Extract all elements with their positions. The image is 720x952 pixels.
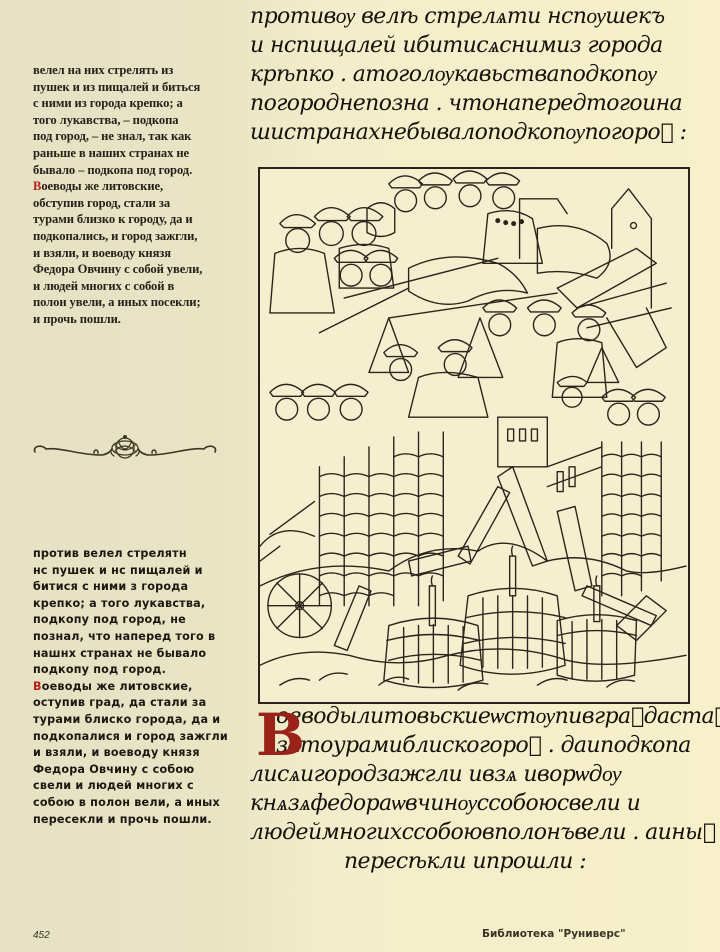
text-line: бывало – подкопа под город. [33,162,243,179]
text-line: познал, что наперед того в [33,629,243,646]
text-line: с ними из города крепко; а [33,95,243,112]
text-line: подкопу под город, не [33,612,243,629]
text-line: турами близко к городу, да и [33,211,243,228]
page-number: 452 [33,930,50,941]
text-line: пересекли и прочь пошли. [33,812,243,829]
text-line: и взяли, и воеводу князя [33,245,243,262]
text-line: раньше в наших странах не [33,145,243,162]
text-line: подкопалися и город зажгли [33,729,243,746]
text-line: собою в полон вели, а иных [33,795,243,812]
text-line: и людей многих с собой в [33,278,243,295]
manuscript-line: шистранахнебывалоподкопѹпогороⷣ : [250,118,720,147]
decorative-flourish-icon [30,430,220,460]
text-line: турами блиско города, да и [33,712,243,729]
text-line: оступив град, да стали за [33,695,243,712]
manuscript-line: и нспищалей ибитисѧснимиз города [250,31,720,60]
manuscript-line: пересѣкли ипрошли : [250,847,720,876]
text-line: и прочь пошли. [33,311,243,328]
text-line: того лукавства, – подкопа [33,112,243,129]
library-credit: Библиотека "Руниверс" [482,928,626,940]
text-line: крепко; а того лукавства, [33,596,243,613]
siege-illustration-icon [258,167,690,704]
text-line: подкопу под город. [33,662,243,679]
red-initial: В [33,680,42,693]
text-line: Федора Овчину с собой увели, [33,261,243,278]
text-line: и взяли, и воеводу князя [33,745,243,762]
manuscript-line: оеводылитовьскиеѡстѹпивграⷣдастаⷧ [250,702,720,731]
text-line: свели и людей многих с [33,778,243,795]
text-line: Воеводы же литовские, [33,679,243,696]
text-line: обступив город, стали за [33,195,243,212]
manuscript-text-top: противѹ велѣ стрелѧти нспѹшекъ и нспищал… [250,2,720,147]
text-line: полон увели, а иных посекли; [33,294,243,311]
text-line: Воеводы же литовские, [33,178,243,195]
text-line: нс пушек и нс пищалей и [33,563,243,580]
text-line: велел на них стрелять из [33,62,243,79]
manuscript-line: крѣпко . атоголѹкавьстваподкопѹ [250,60,720,89]
manuscript-line: кнѧзѧфедораѡвчинѹссобоюсвели и [250,789,720,818]
manuscript-line: людеймногихссобоювполонъвели . аиныⷯ [250,818,720,847]
manuscript-line: погороднепозна . чтонапередтогоина [250,89,720,118]
text-line: подкопались, и город зажгли, [33,228,243,245]
text-line: пушек и из пищалей и биться [33,79,243,96]
text-line: под город, – не знал, так как [33,128,243,145]
manuscript-line: лисѧигородзажгли ивзѧ иворѡдѹ [250,760,720,789]
manuscript-text-bottom: В оеводылитовьскиеѡстѹпивграⷣдастаⷧ зато… [250,702,720,876]
text-line: Федора Овчину с собою [33,762,243,779]
red-drop-cap: В [256,706,305,764]
text-line: битися с ними з города [33,579,243,596]
old-russian-transliteration: против велел стрелятн нс пушек и нс пища… [33,546,243,828]
manuscript-line: затоурамиблискогороⷣ . даиподкопа [250,731,720,760]
modern-translation: велел на них стрелять из пушек и из пища… [33,62,243,328]
text-line: нашнх странах не бывало [33,646,243,663]
manuscript-line: противѹ велѣ стрелѧти нспѹшекъ [250,2,720,31]
text-line: против велел стрелятн [33,546,243,563]
